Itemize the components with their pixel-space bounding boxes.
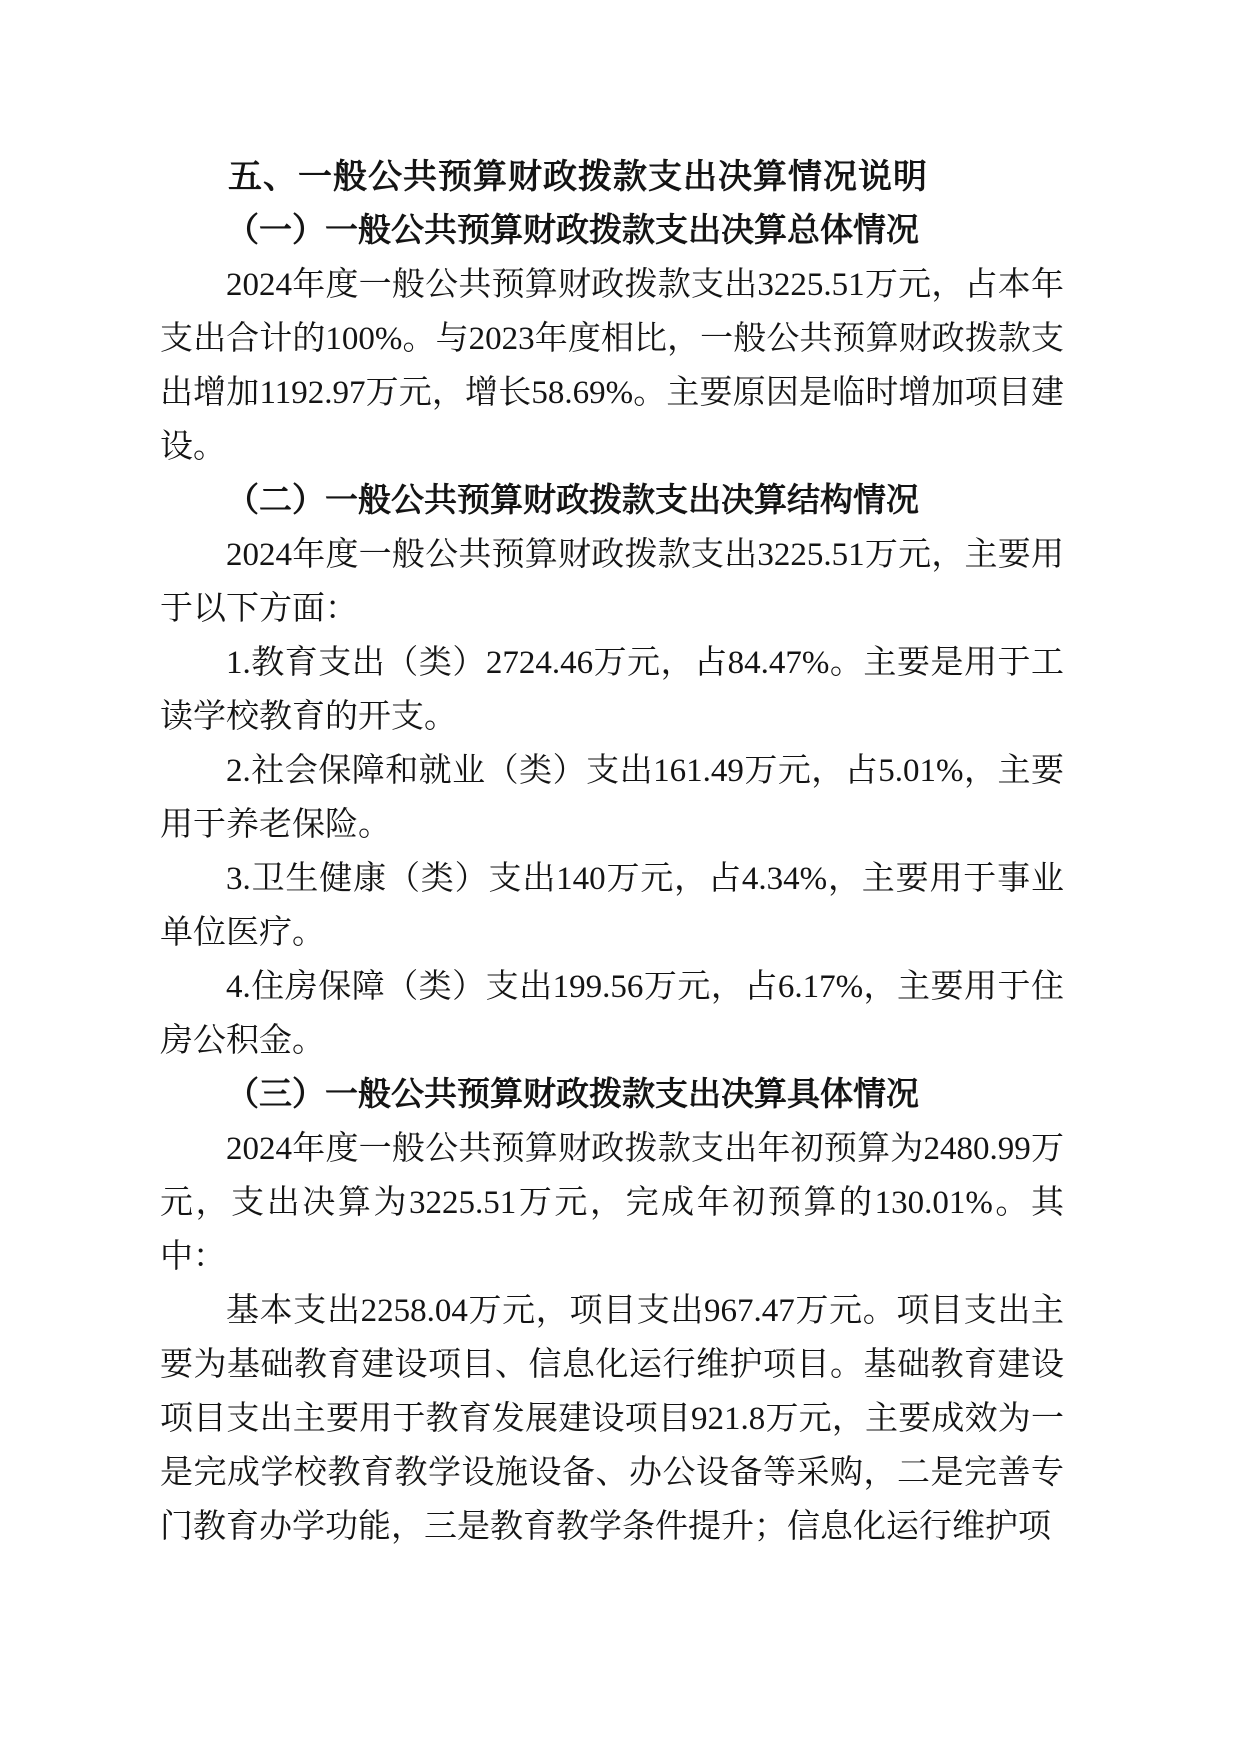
section-2-heading: （二）一般公共预算财政拨款支出决算结构情况: [160, 474, 1064, 528]
document-body: 五、一般公共预算财政拨款支出决算情况说明 （一）一般公共预算财政拨款支出决算总体…: [160, 150, 1064, 1554]
paragraph: 1.教育支出（类）2724.46万元，占84.47%。主要是用于工读学校教育的开…: [160, 636, 1064, 744]
paragraph: 2024年度一般公共预算财政拨款支出3225.51万元，占本年支出合计的100%…: [160, 258, 1064, 474]
paragraph: 2024年度一般公共预算财政拨款支出3225.51万元，主要用于以下方面：: [160, 528, 1064, 636]
section-1-heading: （一）一般公共预算财政拨款支出决算总体情况: [160, 204, 1064, 258]
document-title: 五、一般公共预算财政拨款支出决算情况说明: [160, 150, 1064, 204]
paragraph: 2.社会保障和就业（类）支出161.49万元，占5.01%，主要用于养老保险。: [160, 744, 1064, 852]
document-page: 五、一般公共预算财政拨款支出决算情况说明 （一）一般公共预算财政拨款支出决算总体…: [0, 0, 1240, 1755]
section-3-heading: （三）一般公共预算财政拨款支出决算具体情况: [160, 1068, 1064, 1122]
paragraph: 基本支出2258.04万元，项目支出967.47万元。项目支出主要为基础教育建设…: [160, 1284, 1064, 1554]
paragraph: 3.卫生健康（类）支出140万元，占4.34%，主要用于事业单位医疗。: [160, 852, 1064, 960]
paragraph: 2024年度一般公共预算财政拨款支出年初预算为2480.99万元，支出决算为32…: [160, 1122, 1064, 1284]
paragraph: 4.住房保障（类）支出199.56万元，占6.17%，主要用于住房公积金。: [160, 960, 1064, 1068]
